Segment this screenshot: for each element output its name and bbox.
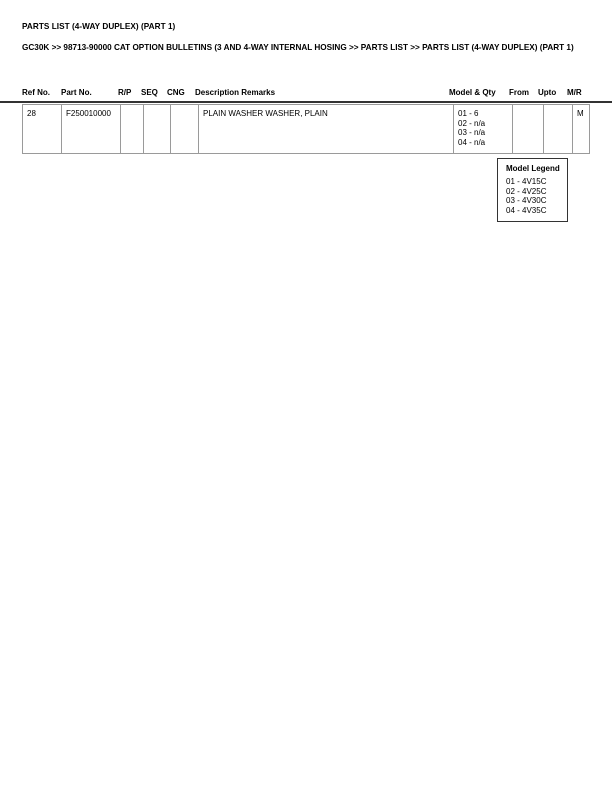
cell-upto <box>544 105 573 154</box>
header-ref-no: Ref No. <box>22 88 50 97</box>
header-mr: M/R <box>567 88 582 97</box>
parts-table: 28 F250010000 PLAIN WASHER WASHER, PLAIN… <box>22 104 590 154</box>
legend-item: 02 - 4V25C <box>506 187 567 197</box>
header-cng: CNG <box>167 88 185 97</box>
header-rule <box>0 101 612 103</box>
legend-title: Model Legend <box>506 164 567 173</box>
cell-from <box>513 105 544 154</box>
header-from: From <box>509 88 529 97</box>
cell-rp <box>121 105 144 154</box>
header-model-qty: Model & Qty <box>449 88 496 97</box>
legend-item: 01 - 4V15C <box>506 177 567 187</box>
legend-item: 04 - 4V35C <box>506 206 567 216</box>
header-upto: Upto <box>538 88 556 97</box>
cell-ref-no: 28 <box>23 105 62 154</box>
model-qty-line: 02 - n/a <box>458 119 509 129</box>
breadcrumb: GC30K >> 98713-90000 CAT OPTION BULLETIN… <box>22 43 597 54</box>
cell-description: PLAIN WASHER WASHER, PLAIN <box>199 105 454 154</box>
model-qty-line: 03 - n/a <box>458 128 509 138</box>
header-description: Description Remarks <box>195 88 275 97</box>
header-part-no: Part No. <box>61 88 92 97</box>
table-row: 28 F250010000 PLAIN WASHER WASHER, PLAIN… <box>23 105 590 154</box>
header-rp: R/P <box>118 88 131 97</box>
cell-mr: M <box>573 105 590 154</box>
legend-item: 03 - 4V30C <box>506 196 567 206</box>
page-title: PARTS LIST (4-WAY DUPLEX) (PART 1) <box>22 22 175 31</box>
cell-part-no: F250010000 <box>62 105 121 154</box>
header-seq: SEQ <box>141 88 158 97</box>
cell-model-qty: 01 - 6 02 - n/a 03 - n/a 04 - n/a <box>454 105 513 154</box>
model-qty-line: 04 - n/a <box>458 138 509 148</box>
cell-seq <box>144 105 171 154</box>
model-legend: Model Legend 01 - 4V15C 02 - 4V25C 03 - … <box>497 158 568 222</box>
cell-cng <box>171 105 199 154</box>
model-qty-line: 01 - 6 <box>458 109 509 119</box>
